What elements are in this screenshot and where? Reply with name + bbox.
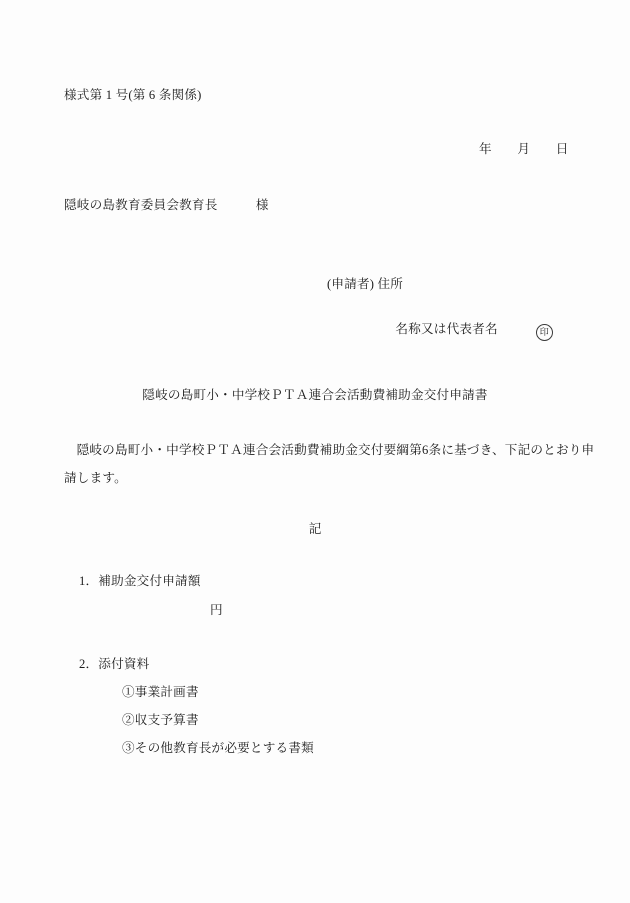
form-number: 様式第 1 号(第 6 条関係)	[64, 84, 202, 103]
section1-heading: 1．補助金交付申請額	[79, 570, 201, 589]
amount-unit-label: 円	[210, 599, 223, 618]
attachment-item: ①事業計画書	[122, 681, 199, 700]
attachment-item: ②収支予算書	[122, 709, 199, 728]
seal-mark: 印	[536, 324, 553, 341]
date-line: 年 月 日	[479, 138, 569, 157]
applicant-address-label: (申請者) 住所	[327, 273, 403, 292]
document-title: 隠岐の島町小・中学校ＰＴＡ連合会活動費補助金交付申請書	[0, 384, 630, 403]
attachment-item: ③その他教育長が必要とする書類	[122, 737, 314, 756]
section2-heading: 2．添付資料	[79, 653, 149, 672]
applicant-name-line: 名称又は代表者名印	[382, 303, 553, 356]
document-page: 様式第 1 号(第 6 条関係) 年 月 日 隠岐の島教育委員会教育長 様 (申…	[0, 0, 630, 903]
list-heading: 記	[0, 518, 630, 537]
addressee-line: 隠岐の島教育委員会教育長 様	[64, 194, 269, 213]
applicant-name-label: 名称又は代表者名	[395, 322, 497, 336]
body-paragraph: 隠岐の島町小・中学校ＰＴＡ連合会活動費補助金交付要綱第6条に基づき、下記のとおり…	[64, 437, 598, 492]
